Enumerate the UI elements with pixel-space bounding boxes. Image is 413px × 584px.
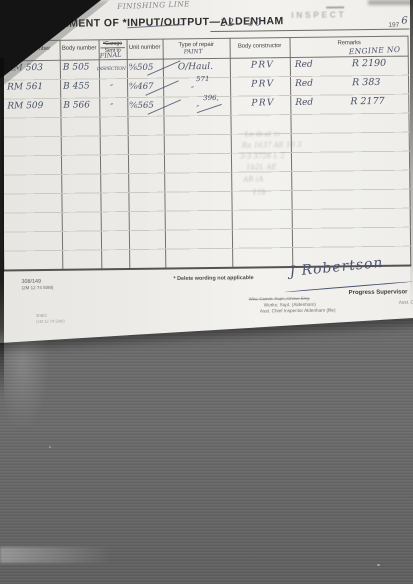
cell-unit: ⁹⁄₆467 (129, 82, 154, 92)
col-header-body-number: Body number (60, 45, 99, 51)
handwritten-finishing-line: FINISHING LINE (117, 0, 190, 11)
bleed-through-writing: Ra 1637 AE 10 3 (242, 141, 302, 150)
bleed-through-writing: 3-3 3726 L 2 (240, 152, 285, 161)
handwritten-date: 22 - 10 - (220, 17, 271, 29)
cell-colour: Red (295, 79, 313, 89)
cell-repair: O/Haul. (178, 62, 213, 72)
date-underline (210, 29, 409, 32)
cell-repair-note: 396, (203, 94, 219, 102)
cell-body: B 455 (63, 81, 90, 91)
cell-colour: Red (295, 60, 313, 70)
cell-sent-to-ditto: ″ (110, 83, 113, 92)
paper-form: FINISHING LINE STATEMENT OF *INPUT/OUTPU… (0, 0, 413, 348)
cell-constructor: PRV (251, 98, 275, 108)
cell-sent-to-ditto: ″ (110, 102, 113, 111)
cell-engine-no: R 383 (352, 77, 380, 88)
cell-sent-to: INSPECTION (97, 66, 126, 72)
scanned-document: FINISHING LINE STATEMENT OF *INPUT/OUTPU… (0, 0, 413, 584)
printed-year-prefix: 197 (388, 22, 399, 29)
distribution-line-struck: Wks. Comm. Supt., Chisw. Eng. (249, 297, 310, 302)
handwritten-final: FINAL (99, 51, 121, 60)
cell-constructor: PRV (251, 79, 275, 89)
cell-constructor: PRV (251, 60, 275, 70)
cell-vehicle: RM 561 (7, 82, 43, 92)
col-header-type-of-repair: Type of repair (163, 42, 230, 49)
bleed-through-writing: 1b2L AE (246, 163, 277, 171)
form-reference-detail: (2M 12 74 50M) (22, 286, 54, 291)
signature-role-label: Progress Supervisor (349, 289, 408, 296)
col-header-unit-number: Unit number (127, 45, 163, 51)
cell-engine-no: R 2177 (350, 96, 384, 107)
bleed-through-writing: 11b (252, 188, 265, 196)
bleed-through-writing: AB (A (243, 175, 263, 183)
bottom-form-reference-detail: (2M 12 74 50M) (36, 320, 65, 324)
form-content: FINISHING LINE STATEMENT OF *INPUT/OUTPU… (0, 0, 413, 351)
handwritten-paint: PAINT (184, 49, 203, 55)
scan-edge-top (368, 0, 413, 5)
form-reference: 308/149 (21, 279, 41, 285)
distribution-line: Works: Supt. (Aldenham) (264, 303, 316, 308)
cell-unit: ⁹⁄₆565 (129, 101, 154, 111)
cell-repair-note: 571 (196, 75, 209, 83)
scan-edge-left (0, 58, 4, 396)
cell-repair-ditto: ″ (191, 85, 194, 94)
bleed-through-writing: Lo ib al m (245, 130, 280, 138)
handwritten-engine-no: ENGINE NO (348, 45, 400, 56)
cell-engine-no: R 2190 (352, 58, 386, 69)
cell-unit: ⁹⁄₆505 (129, 63, 154, 73)
delete-wording-note: * Delete wording not applicable (173, 275, 253, 281)
inspect-stamp: INSPECT (291, 9, 346, 20)
distribution-line: Asst. Chief Inspector Aldenham (file) (260, 308, 336, 314)
cell-vehicle: RM 509 (7, 101, 43, 111)
cell-colour: Red (295, 98, 313, 108)
scan-mark (326, 6, 344, 8)
cell-body: B 505 (63, 62, 90, 72)
handwritten-year: 6 (401, 16, 408, 27)
cell-body: B 566 (63, 100, 90, 110)
bottom-form-reference: 308/2 (36, 314, 47, 318)
col-header-body-constructor: Body constructor (230, 43, 290, 50)
